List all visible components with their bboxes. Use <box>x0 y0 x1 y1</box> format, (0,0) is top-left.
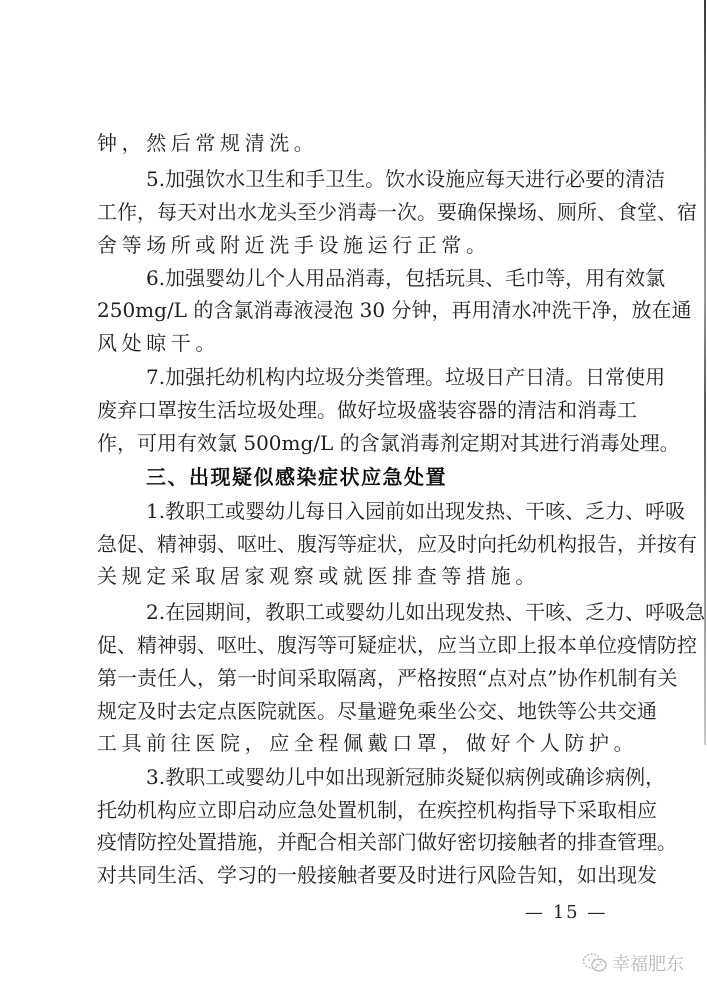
paragraph-6-start: 6.加强婴幼儿个人用品消毒，包括玩具、毛巾等，用有效氯 <box>146 262 617 295</box>
paragraph-1-start: 1.教职工或婴幼儿每日入园前如出现发热、干咳、乏力、呼吸 <box>146 495 617 528</box>
text-line: 第一责任人，第一时间采取隔离，严格按照“点对点”协作机制有关 <box>97 662 617 695</box>
paragraph-2-start: 2.在园期间，教职工或婴幼儿如出现发热、干咳、乏力、呼吸急 <box>146 596 617 629</box>
section-heading: 三、出现疑似感染症状应急处置 <box>146 461 447 494</box>
text-line: 废弃口罩按生活垃圾处理。做好垃圾盛装容器的清洁和消毒工 <box>97 394 617 427</box>
scan-edge-line <box>704 0 706 745</box>
paragraph-5-start: 5.加强饮水卫生和手卫生。饮水设施应每天进行必要的清洁 <box>146 163 617 196</box>
text-line: 舍等场所或附近洗手设施运行正常。 <box>97 229 617 262</box>
text-line: 钟，然后常规清洗。 <box>97 127 617 160</box>
wechat-icon <box>582 952 608 974</box>
text-line: 急促、精神弱、呕吐、腹泻等症状，应及时向托幼机构报告，并按有 <box>97 528 617 561</box>
text-line: 工具前往医院，应全程佩戴口罩，做好个人防护。 <box>97 727 617 760</box>
paragraph-7-start: 7.加强托幼机构内垃圾分类管理。垃圾日产日清。日常使用 <box>146 361 617 394</box>
text-line: 250mg/L 的含氯消毒液浸泡 30 分钟，再用清水冲洗干净，放在通 <box>97 294 617 327</box>
paragraph-3-start: 3.教职工或婴幼儿中如出现新冠肺炎疑似病例或确诊病例， <box>146 761 617 794</box>
text-line: 规定及时去定点医院就医。尽量避免乘坐公交、地铁等公共交通 <box>97 695 617 728</box>
text-line: 托幼机构应立即启动应急处置机制，在疾控机构指导下采取相应 <box>97 794 617 827</box>
page-number: — 15 — <box>525 900 607 926</box>
text-line: 作，可用有效氯 500mg/L 的含氯消毒剂定期对其进行消毒处理。 <box>97 427 617 460</box>
text-line: 工作，每天对出水龙头至少消毒一次。要确保操场、厕所、食堂、宿 <box>97 196 617 229</box>
watermark: 幸福肥东 <box>582 950 684 976</box>
text-line: 促、精神弱、呕吐、腹泻等可疑症状，应当立即上报本单位疫情防控 <box>97 629 617 662</box>
text-line: 疫情防控处置措施，并配合相关部门做好密切接触者的排查管理。 <box>97 826 617 859</box>
text-line: 对共同生活、学习的一般接触者要及时进行风险告知，如出现发 <box>97 859 617 892</box>
text-line: 风处晾干。 <box>97 327 617 360</box>
watermark-text: 幸福肥东 <box>612 950 684 976</box>
text-line: 关规定采取居家观察或就医排查等措施。 <box>97 560 617 593</box>
